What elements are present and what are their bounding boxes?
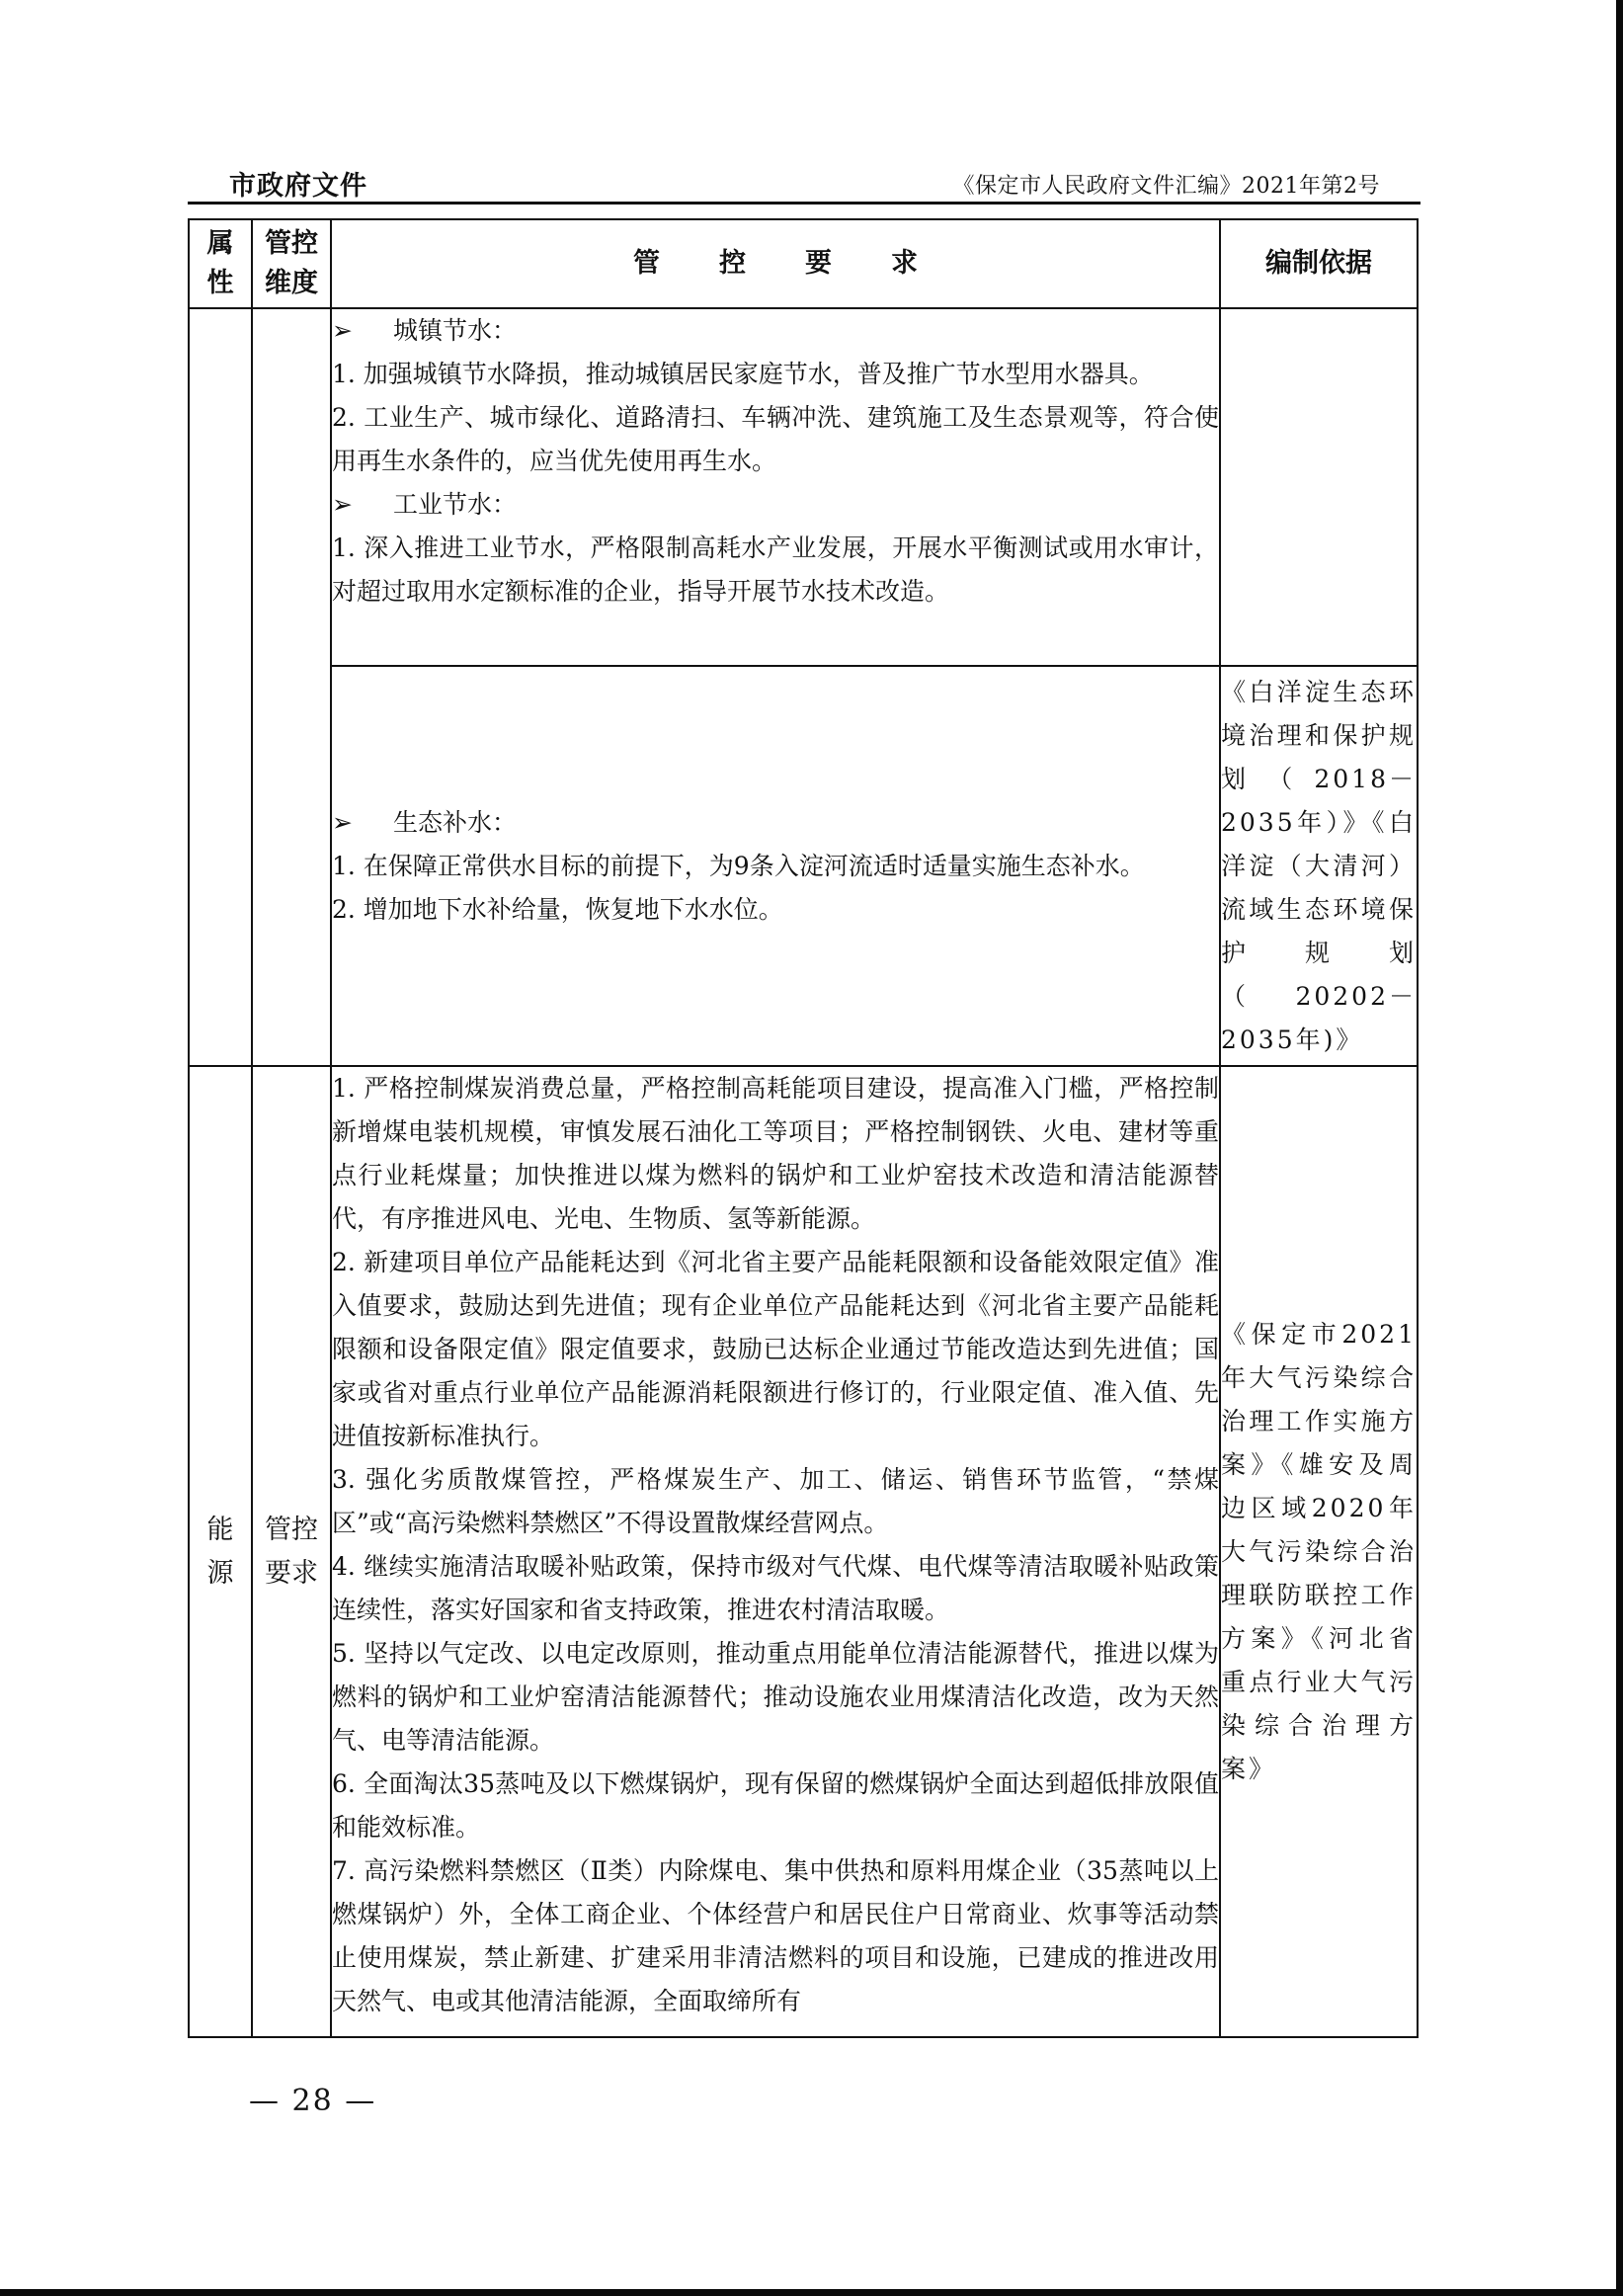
requirement-item: 6. 全面淘汰35蒸吨及以下燃煤锅炉，现有保留的燃煤锅炉全面达到超低排放限值和能… xyxy=(332,1763,1219,1849)
requirement-item: 1. 深入推进工业节水，严格限制高耗水产业发展，开展水平衡测试或用水审计，对超过… xyxy=(332,527,1219,614)
requirement-item: 2. 新建项目单位产品能耗达到《河北省主要产品能耗限额和设备能效限定值》准入值要… xyxy=(332,1241,1219,1458)
cell-basis: 《保定市2021年大气污染综合治理工作实施方案》《雄安及周边区域2020年大气污… xyxy=(1220,1066,1418,2037)
requirement-item: 2. 工业生产、城市绿化、道路清扫、车辆冲洗、建筑施工及生态景观等，符合使用再生… xyxy=(332,396,1219,483)
requirement-item: 5. 坚持以气定改、以电定改原则，推动重点用能单位清洁能源替代，推进以煤为燃料的… xyxy=(332,1632,1219,1763)
table-row: 能源 管控要求 1. 严格控制煤炭消费总量，严格控制高耗能项目建设，提高准入门槛… xyxy=(189,1066,1418,2037)
header-requirements: 管控要求 xyxy=(331,219,1220,308)
requirement-item: 2. 增加地下水补给量，恢复地下水水位。 xyxy=(332,888,1219,932)
running-head-section: 市政府文件 xyxy=(229,164,367,203)
arrowhead-bullet-icon: ➢ xyxy=(332,483,393,527)
cell-requirements: 1. 严格控制煤炭消费总量，严格控制高耗能项目建设，提高准入门槛，严格控制新增煤… xyxy=(331,1066,1220,2037)
requirements-table: 属性 管控维度 管控要求 编制依据 ➢城镇节水： 1. 加强城镇节水降损，推动城… xyxy=(188,218,1419,2038)
header-attribute: 属性 xyxy=(189,219,252,308)
bullet-heading: ➢工业节水： xyxy=(332,483,1219,527)
cell-requirements: ➢城镇节水： 1. 加强城镇节水降损，推动城镇居民家庭节水，普及推广节水型用水器… xyxy=(331,308,1220,666)
requirement-item: 1. 在保障正常供水目标的前提下，为9条入淀河流适时适量实施生态补水。 xyxy=(332,845,1219,888)
page-number: — 28 — xyxy=(249,2084,376,2118)
requirement-item: 1. 严格控制煤炭消费总量，严格控制高耗能项目建设，提高准入门槛，严格控制新增煤… xyxy=(332,1067,1219,1241)
cell-dimension xyxy=(252,308,331,1066)
scan-edge-bottom xyxy=(0,2289,1623,2296)
header-rule xyxy=(188,202,1420,205)
header-basis: 编制依据 xyxy=(1220,219,1418,308)
cell-dimension: 管控要求 xyxy=(252,1066,331,2037)
bullet-heading: ➢城镇节水： xyxy=(332,309,1219,353)
requirement-item: 7. 高污染燃料禁燃区（Ⅱ类）内除煤电、集中供热和原料用煤企业（35蒸吨以上燃煤… xyxy=(332,1849,1219,2023)
scan-edge-right xyxy=(1616,0,1623,2296)
arrowhead-bullet-icon: ➢ xyxy=(332,801,393,845)
cell-requirements: ➢生态补水： 1. 在保障正常供水目标的前提下，为9条入淀河流适时适量实施生态补… xyxy=(331,666,1220,1066)
table-header-row: 属性 管控维度 管控要求 编制依据 xyxy=(189,219,1418,308)
header-dimension: 管控维度 xyxy=(252,219,331,308)
cell-attribute xyxy=(189,308,252,1066)
cell-basis: 《白洋淀生态环境治理和保护规划（2018－2035年）》《白洋淀（大清河）流域生… xyxy=(1220,666,1418,1066)
table-row: ➢生态补水： 1. 在保障正常供水目标的前提下，为9条入淀河流适时适量实施生态补… xyxy=(189,666,1418,1066)
arrowhead-bullet-icon: ➢ xyxy=(332,309,393,353)
running-head-publication: 《保定市人民政府文件汇编》2021年第2号 xyxy=(953,169,1381,200)
requirement-item: 3. 强化劣质散煤管控，严格煤炭生产、加工、储运、销售环节监管，“禁煤区”或“高… xyxy=(332,1458,1219,1545)
cell-attribute: 能源 xyxy=(189,1066,252,2037)
requirement-item: 4. 继续实施清洁取暖补贴政策，保持市级对气代煤、电代煤等清洁取暖补贴政策连续性… xyxy=(332,1545,1219,1632)
requirement-item: 1. 加强城镇节水降损，推动城镇居民家庭节水，普及推广节水型用水器具。 xyxy=(332,353,1219,396)
cell-basis xyxy=(1220,308,1418,666)
bullet-heading: ➢生态补水： xyxy=(332,801,1219,845)
table-row: ➢城镇节水： 1. 加强城镇节水降损，推动城镇居民家庭节水，普及推广节水型用水器… xyxy=(189,308,1418,666)
